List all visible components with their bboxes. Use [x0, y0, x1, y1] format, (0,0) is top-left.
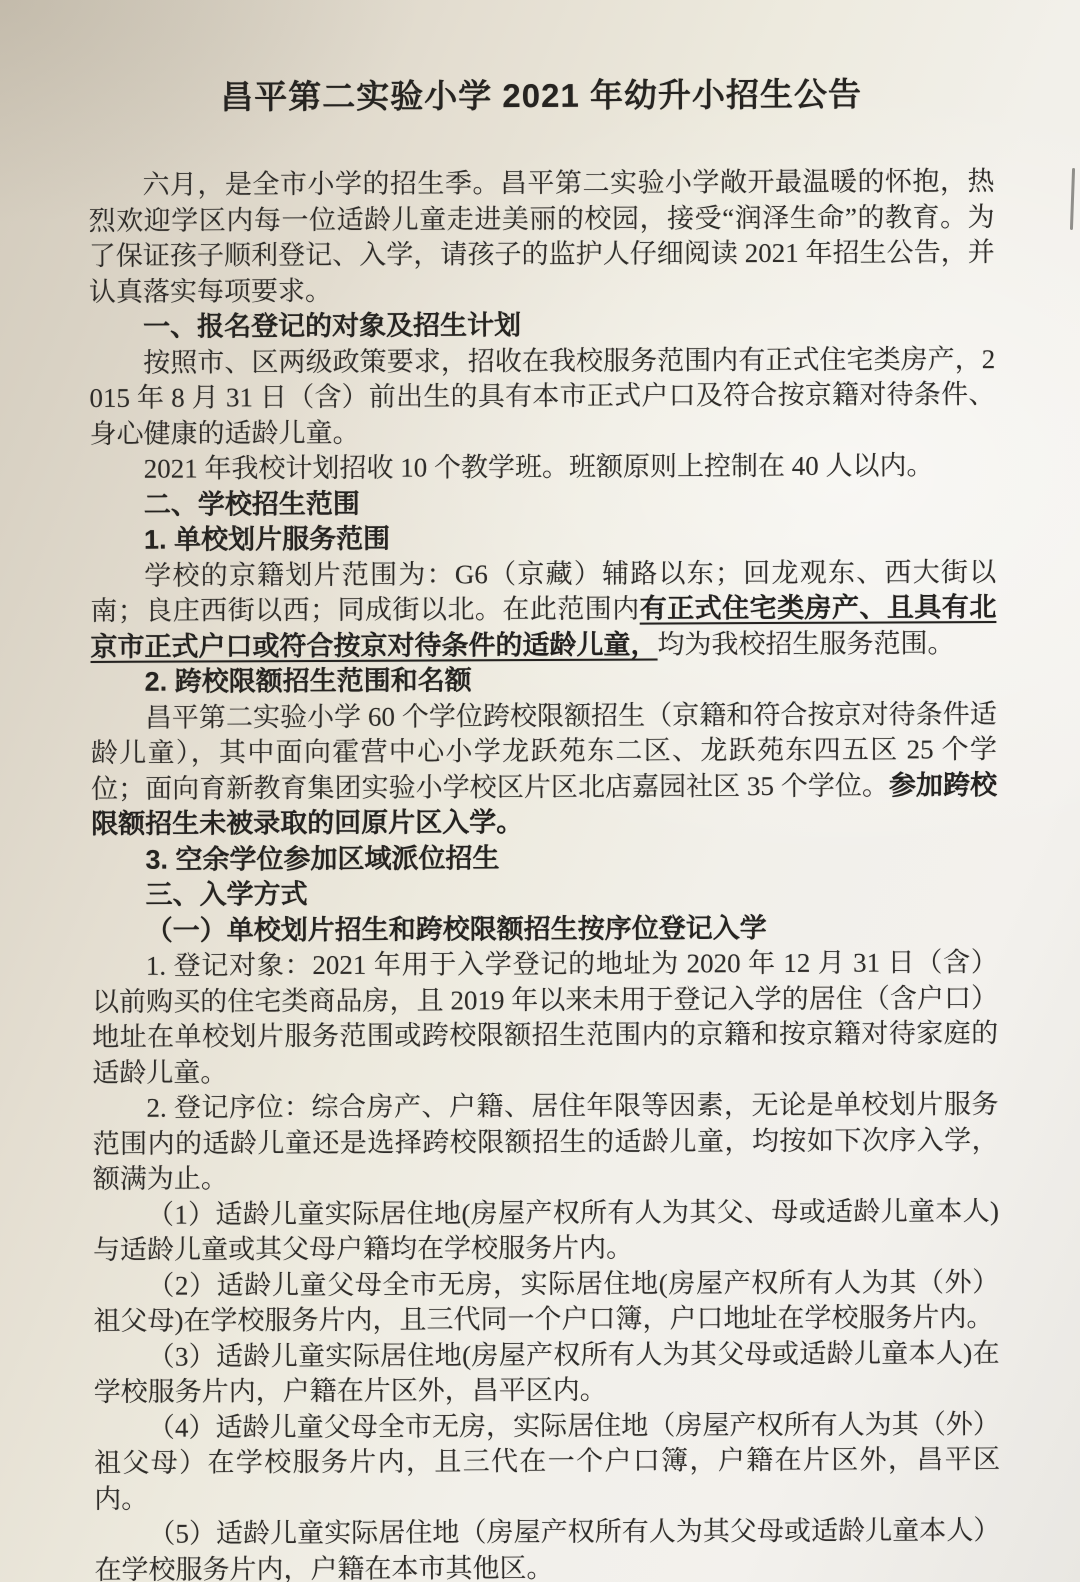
section3-sub1-heading: （一）单校划片招生和跨校限额招生按序位登记入学 [92, 910, 998, 949]
paper-edge-mark [1070, 168, 1075, 230]
intro-paragraph: 六月，是全市小学的招生季。昌平第二实验小学敞开最温暖的怀抱，热烈欢迎学区内每一位… [88, 164, 995, 310]
registration-target-paragraph: 1. 登记对象：2021 年用于入学登记的地址为 2020 年 12 月 31 … [92, 945, 999, 1091]
order-item-2: （2）适龄儿童父母全市无房，实际居住地(房屋产权所有人为其（外）祖父母)在学校服… [93, 1265, 999, 1340]
text-run: 均为我校招生服务范围。 [657, 628, 954, 659]
announcement-document-photo: 昌平第二实验小学 2021 年幼升小招生公告 六月，是全市小学的招生季。昌平第二… [0, 0, 1080, 1582]
text-run: 昌平第二实验小学 60 个学位跨校限额招生（京籍和符合按京对待条件适龄儿童），其… [91, 699, 997, 804]
section2-sub1-heading: 1. 单校划片服务范围 [90, 519, 996, 558]
section1-paragraph-eligibility: 按照市、区两级政策要求，招收在我校服务范围内有正式住宅类房产，2015 年 8 … [89, 342, 995, 452]
order-item-1: （1）适龄儿童实际居住地(房屋产权所有人为其父、母或适龄儿童本人)与适龄儿童或其… [93, 1194, 999, 1269]
section2-sub3-heading: 3. 空余学位参加区域派位招生 [91, 839, 997, 878]
section2-heading: 二、学校招生范围 [90, 484, 996, 523]
section1-paragraph-class-plan: 2021 年我校计划招收 10 个教学班。班额原则上控制在 40 人以内。 [90, 448, 996, 487]
order-item-3: （3）适龄儿童实际居住地(房屋产权所有人为其父母或适龄儿童本人)在学校服务片内，… [94, 1336, 1000, 1411]
section3-heading: 三、入学方式 [91, 874, 997, 913]
document-content: 昌平第二实验小学 2021 年幼升小招生公告 六月，是全市小学的招生季。昌平第二… [88, 74, 1001, 1582]
section2-sub2-paragraph: 昌平第二实验小学 60 个学位跨校限额招生（京籍和符合按京对待条件适龄儿童），其… [91, 697, 998, 843]
order-item-4: （4）适龄儿童父母全市无房，实际居住地（房屋产权所有人为其（外）祖父母）在学校服… [94, 1407, 1000, 1517]
section2-sub2-heading: 2. 跨校限额招生范围和名额 [91, 661, 997, 700]
section1-heading: 一、报名登记的对象及招生计划 [89, 306, 995, 345]
section2-sub1-paragraph: 学校的京籍划片范围为：G6（京藏）辅路以东；回龙观东、西大街以南；良庄西街以西；… [90, 555, 996, 665]
registration-order-paragraph: 2. 登记序位：综合房产、户籍、居住年限等因素，无论是单校划片服务范围内的适龄儿… [92, 1087, 998, 1197]
order-item-5: （5）适龄儿童实际居住地（房屋产权所有人为其父母或适龄儿童本人）在学校服务片内，… [94, 1513, 1000, 1582]
document-title: 昌平第二实验小学 2021 年幼升小招生公告 [88, 74, 994, 118]
